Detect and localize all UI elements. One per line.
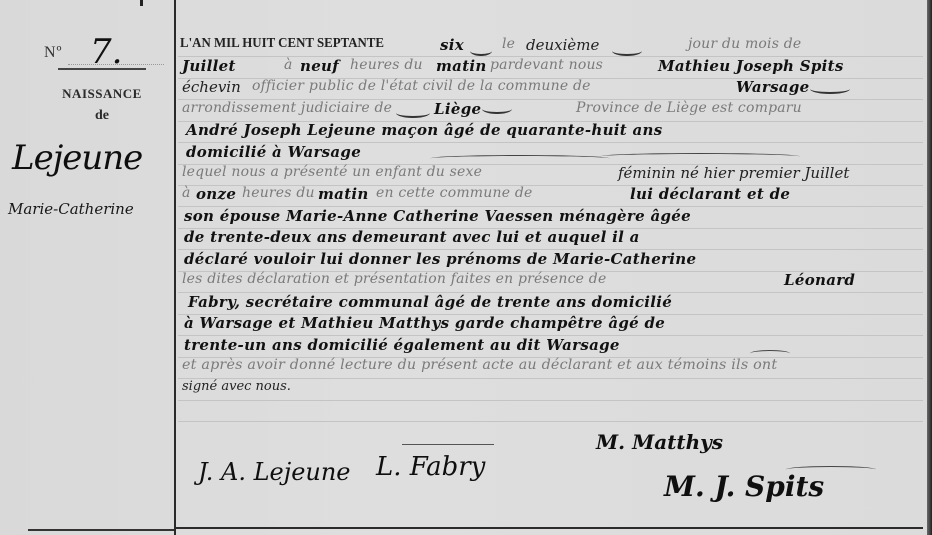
record-bottom-rule (176, 527, 923, 529)
record-number: Nº 7. (44, 36, 164, 76)
record-type: NAISSANCE (44, 86, 160, 102)
printed-text: heures du (350, 57, 423, 73)
handwritten-text: matin (436, 57, 487, 75)
handwritten-text: féminin né hier premier Juillet (618, 164, 849, 182)
handwritten-text: six (440, 36, 464, 54)
handwritten-text: à Warsage et Mathieu Matthys garde champ… (184, 314, 665, 332)
printed-text: et après avoir donné lecture du présent … (182, 357, 777, 373)
handwritten-text: lui déclarant et de (630, 185, 790, 203)
handwritten-text: signé avec nous. (182, 379, 291, 394)
printed-text: Province de Liège est comparu (576, 100, 802, 116)
handwritten-text: Warsage (736, 78, 809, 96)
handwritten-text: Mathieu Joseph Spits (658, 57, 844, 75)
printed-text: officier public de l'état civil de la co… (252, 78, 591, 94)
handwritten-text: déclaré vouloir lui donner les prénoms d… (184, 250, 696, 268)
line-filler-flourish (396, 108, 430, 118)
record-type-de: de (44, 108, 160, 124)
handwritten-text: André Joseph Lejeune maçon âgé de quaran… (186, 121, 663, 139)
line-filler-flourish (612, 46, 642, 56)
signature-flourish (786, 466, 876, 473)
margin-column: Nº 7. NAISSANCE de Lejeune Marie-Catheri… (0, 0, 175, 535)
line-filler-flourish (810, 84, 850, 94)
record-number-underline (58, 68, 146, 70)
printed-text: jour du mois de (688, 36, 801, 52)
record-number-label: Nº (44, 44, 63, 62)
printed-text: heures du (242, 185, 315, 201)
handwritten-text: Liège (434, 100, 481, 118)
handwritten-text: domicilié à Warsage (186, 143, 361, 161)
signature-underline (402, 444, 494, 445)
printed-text: le (502, 36, 515, 52)
printed-text: lequel nous a présenté un enfant du sexe (182, 164, 482, 180)
printed-text: L'AN MIL HUIT CENT SEPTANTE (180, 36, 384, 52)
signature-officer: M. J. Spits (664, 470, 824, 503)
record-number-value: 7. (90, 32, 122, 72)
register-page: Nº 7. NAISSANCE de Lejeune Marie-Catheri… (0, 0, 928, 535)
printed-text: pardevant nous (490, 57, 603, 73)
signature-witness-1: L. Fabry (376, 452, 485, 482)
handwritten-text: trente-un ans domicilié également au dit… (184, 336, 620, 354)
printed-text: les dites déclaration et présentation fa… (182, 271, 606, 287)
printed-text: à (284, 57, 293, 73)
handwritten-text: Juillet (182, 57, 236, 75)
child-surname: Lejeune (12, 138, 142, 178)
signature-declarant: J. A. Lejeune (198, 458, 351, 486)
ruled-line (178, 421, 923, 422)
line-filler-flourish (470, 46, 492, 56)
printed-text: en cette commune de (376, 185, 533, 201)
handwritten-text: onze (196, 185, 236, 203)
handwritten-text: de trente-deux ans demeurant avec lui et… (184, 228, 640, 246)
line-filler-wave (600, 153, 800, 160)
handwritten-text: matin (318, 185, 369, 203)
printed-text: arrondissement judiciaire de (182, 100, 392, 116)
page-edge-shadow (927, 0, 932, 535)
record-body: L'AN MIL HUIT CENT SEPTANTE six le deuxi… (176, 0, 928, 535)
margin-bottom-rule (28, 529, 176, 531)
handwritten-text: neuf (300, 57, 339, 75)
line-filler-flourish (482, 104, 512, 114)
handwritten-text: Léonard (784, 271, 855, 289)
signature-witness-2: M. Matthys (596, 430, 723, 454)
child-given-names: Marie-Catherine (8, 200, 134, 218)
handwritten-text: deuxième (526, 36, 599, 54)
ruled-line (178, 400, 923, 401)
line-filler-wave (750, 350, 790, 357)
handwritten-text: son épouse Marie-Anne Catherine Vaessen … (184, 207, 691, 225)
handwritten-text: Fabry, secrétaire communal âgé de trente… (188, 293, 672, 311)
handwritten-text: échevin (182, 78, 241, 96)
line-filler-wave (430, 155, 610, 162)
printed-text: à (182, 185, 191, 201)
